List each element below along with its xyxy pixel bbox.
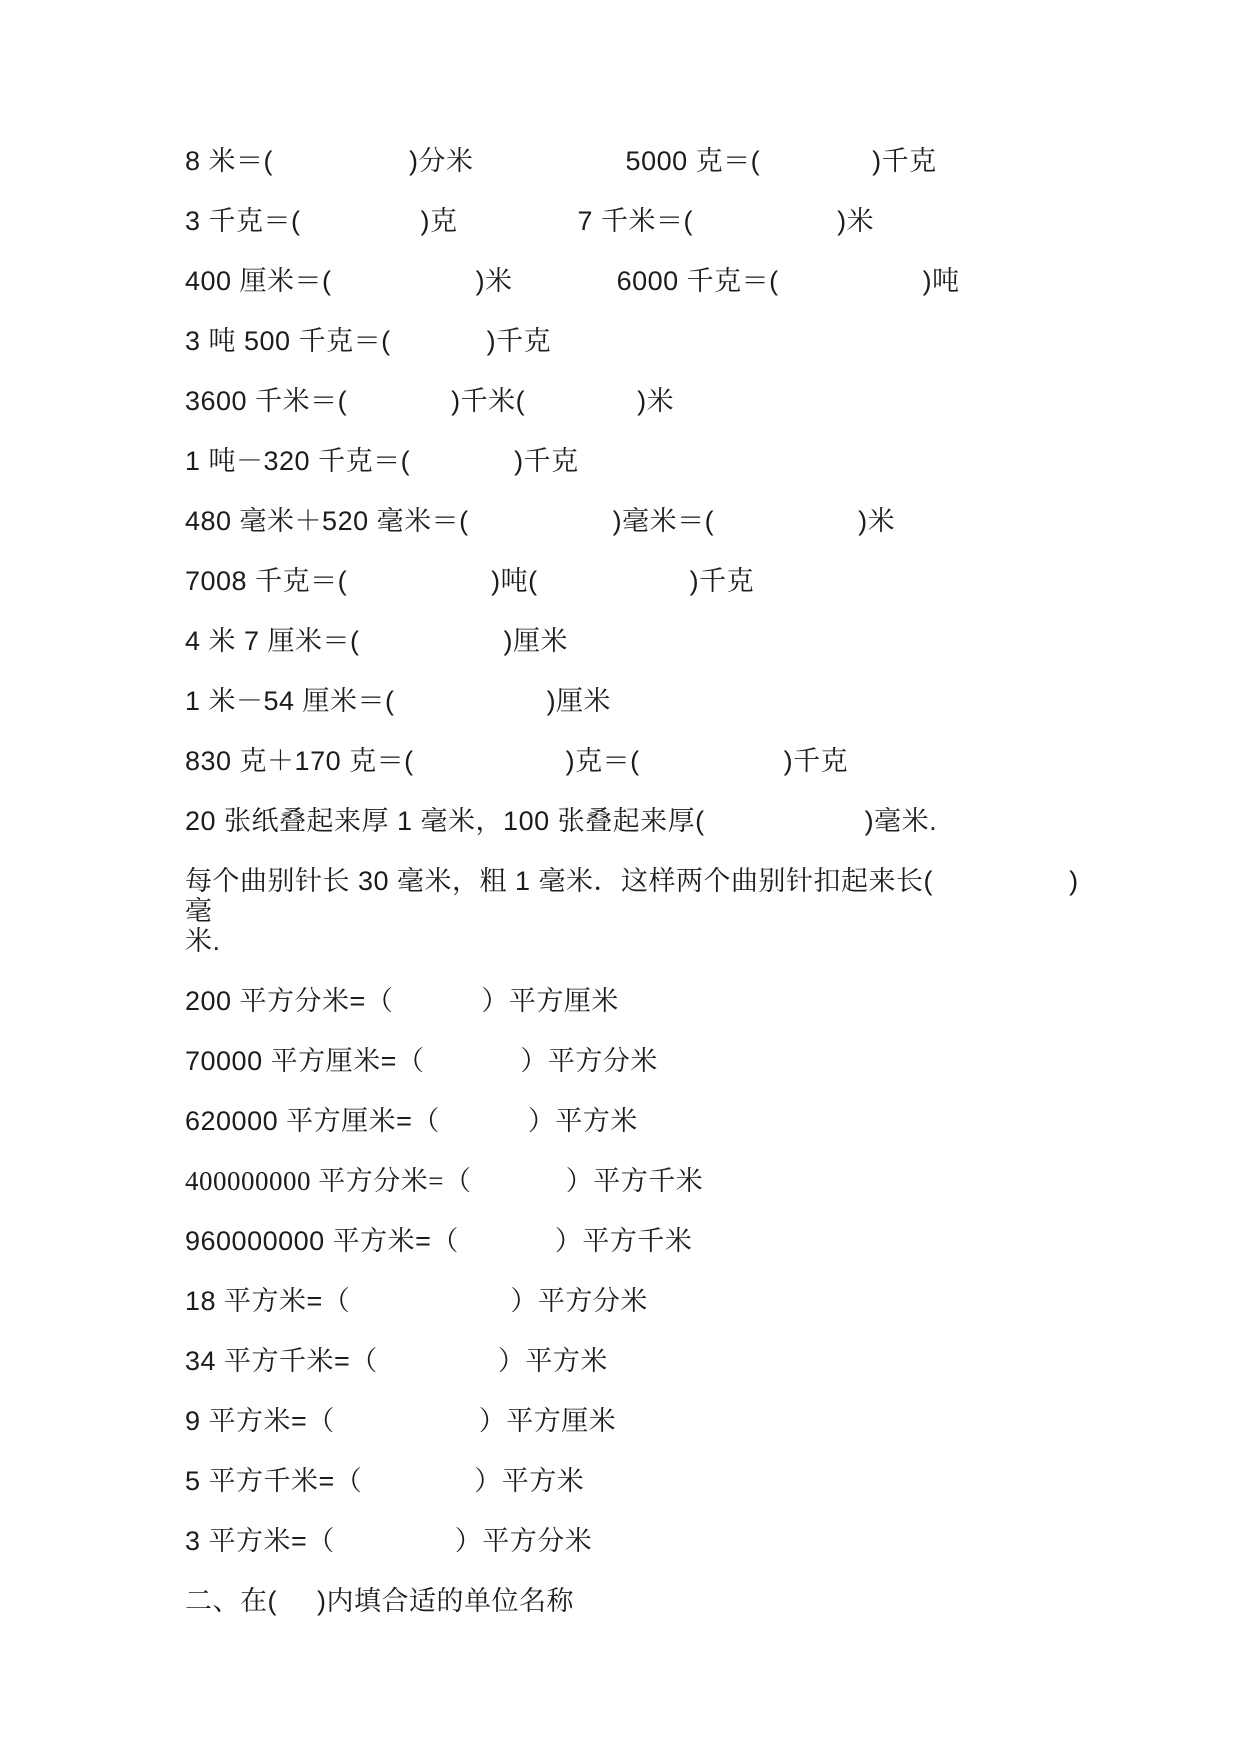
problem-line: 3 千克＝( )克 7 千米＝( )米	[185, 206, 1091, 236]
problem-line: 8 米＝( )分米 5000 克＝( )千克	[185, 146, 1091, 176]
problem-line: 20 张纸叠起来厚 1 毫米，100 张叠起来厚( )毫米.	[185, 806, 1091, 836]
worksheet-page: 8 米＝( )分米 5000 克＝( )千克 3 千克＝( )克 7 千米＝( …	[0, 0, 1241, 1754]
problem-line: 830 克＋170 克＝( )克＝( )千克	[185, 746, 1091, 776]
problem-line: 34 平方千米=（ ）平方米	[185, 1346, 1091, 1376]
section-two-heading: 二、在( )内填合适的单位名称	[185, 1586, 1091, 1616]
problem-line: 1 米－54 厘米＝( )厘米	[185, 686, 1091, 716]
problem-line: 400 厘米＝( )米 6000 千克＝( )吨	[185, 266, 1091, 296]
problem-line: 200 平方分米=（ ）平方厘米	[185, 986, 1091, 1016]
problem-line: 70000 平方厘米=（ ）平方分米	[185, 1046, 1091, 1076]
problem-line: 9 平方米=（ ）平方厘米	[185, 1406, 1091, 1436]
problem-line: 5 平方千米=（ ）平方米	[185, 1466, 1091, 1496]
problem-line: 7008 千克＝( )吨( )千克	[185, 566, 1091, 596]
problem-line: 400000000 平方分米=（ ）平方千米	[185, 1166, 1091, 1196]
problem-line: 每个曲别针长 30 毫米，粗 1 毫米．这样两个曲别针扣起来长( )毫 米.	[185, 866, 1091, 956]
problem-line: 1 吨－320 千克＝( )千克	[185, 446, 1091, 476]
problem-line: 3 平方米=（ ）平方分米	[185, 1526, 1091, 1556]
problem-line: 3 吨 500 千克＝( )千克	[185, 326, 1091, 356]
problem-line: 620000 平方厘米=（ ）平方米	[185, 1106, 1091, 1136]
section-one-problems: 8 米＝( )分米 5000 克＝( )千克 3 千克＝( )克 7 千米＝( …	[185, 146, 1091, 1556]
problem-line: 3600 千米＝( )千米( )米	[185, 386, 1091, 416]
problem-line: 18 平方米=（ ）平方分米	[185, 1286, 1091, 1316]
problem-line: 480 毫米＋520 毫米＝( )毫米＝( )米	[185, 506, 1091, 536]
problem-line: 4 米 7 厘米＝( )厘米	[185, 626, 1091, 656]
problem-line: 960000000 平方米=（ ）平方千米	[185, 1226, 1091, 1256]
